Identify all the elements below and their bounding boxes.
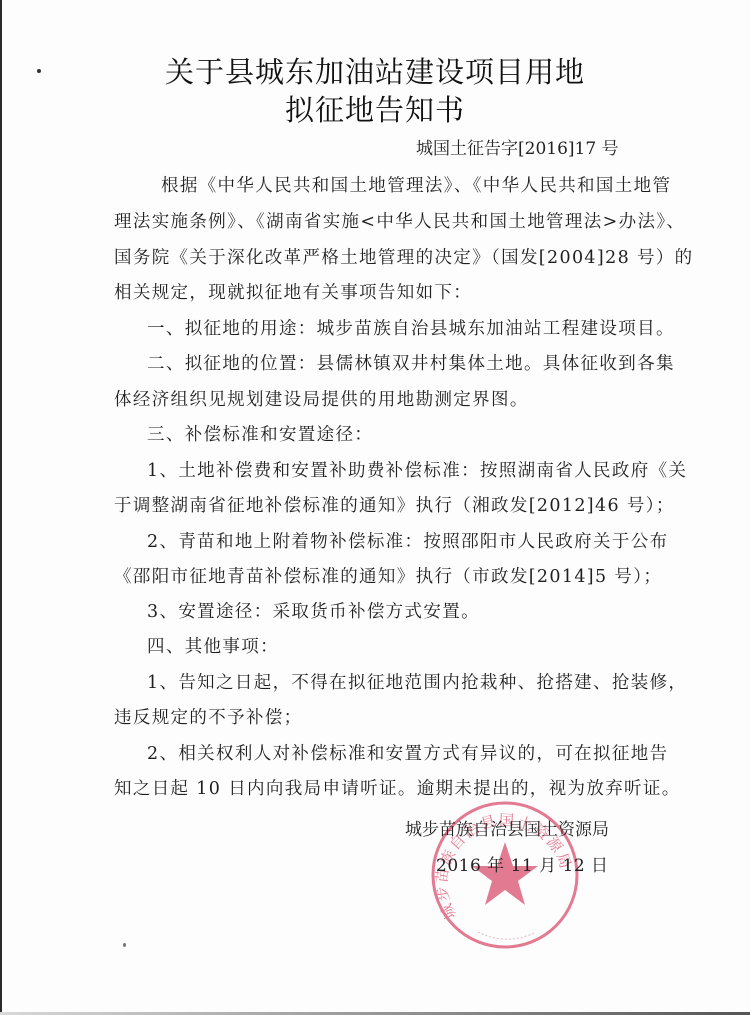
body-line: 1、告知之日起，不得在拟征地范围内抢栽种、抢搭建、抢装修， xyxy=(147,669,687,694)
scan-left-edge xyxy=(0,0,2,1015)
document-title-line-2: 拟征地告知书 xyxy=(0,88,750,129)
body-line: 1、土地补偿费和安置补助费补偿标准：按照湖南省人民政府《关 xyxy=(147,457,687,482)
body-line: 于调整湖南省征地补偿标准的通知》执行（湘政发[2012]46 号）； xyxy=(114,492,675,517)
body-line: 三、补偿标准和安置途径： xyxy=(147,421,373,446)
body-line: 二、拟征地的位置：县儒林镇双井村集体土地。具体征收到各集 xyxy=(147,350,675,375)
body-line: 2、相关权利人对补偿标准和安置方式有异议的，可在拟征地告 xyxy=(147,740,668,765)
body-line: 2、青苗和地上附着物补偿标准：按照邵阳市人民政府关于公布 xyxy=(147,528,668,553)
body-line: 理法实施条例》、《湖南省实施<中华人民共和国土地管理法>办法》、 xyxy=(114,208,685,233)
body-line: 国务院《关于深化改革严格土地管理的决定》（国发[2004]28 号）的 xyxy=(114,244,694,269)
body-line: 违反规定的不予补偿； xyxy=(114,704,303,729)
body-line: 根据《中华人民共和国土地管理法》、《中华人民共和国土地管 xyxy=(161,172,671,197)
scan-speck xyxy=(123,943,126,947)
body-line: 一、拟征地的用途：城步苗族自治县城东加油站工程建设项目。 xyxy=(147,315,675,340)
body-line: 四、其他事项： xyxy=(147,633,279,658)
body-line: 相关规定，现就拟征地有关事项告知如下： xyxy=(114,279,472,304)
issue-date: 2016 年 11 月 12 日 xyxy=(436,851,609,876)
body-line: 3、安置途径：采取货币补偿方式安置。 xyxy=(147,598,480,623)
document-number: 城国土征告字[2016]17 号 xyxy=(416,134,619,159)
issuer-signature: 城步苗族自治县国土资源局 xyxy=(405,815,609,840)
body-line: 知之日起 10 日内向我局申请听证。逾期未提出的，视为放弃听证。 xyxy=(114,775,681,800)
body-line: 体经济组织见规划建设局提供的用地勘测定界图。 xyxy=(114,386,529,411)
body-line: 《邵阳市征地青苗补偿标准的通知》执行（市政发[2014]5 号）； xyxy=(114,563,662,588)
document-title-line-1: 关于县城东加油站建设项目用地 xyxy=(0,50,750,91)
